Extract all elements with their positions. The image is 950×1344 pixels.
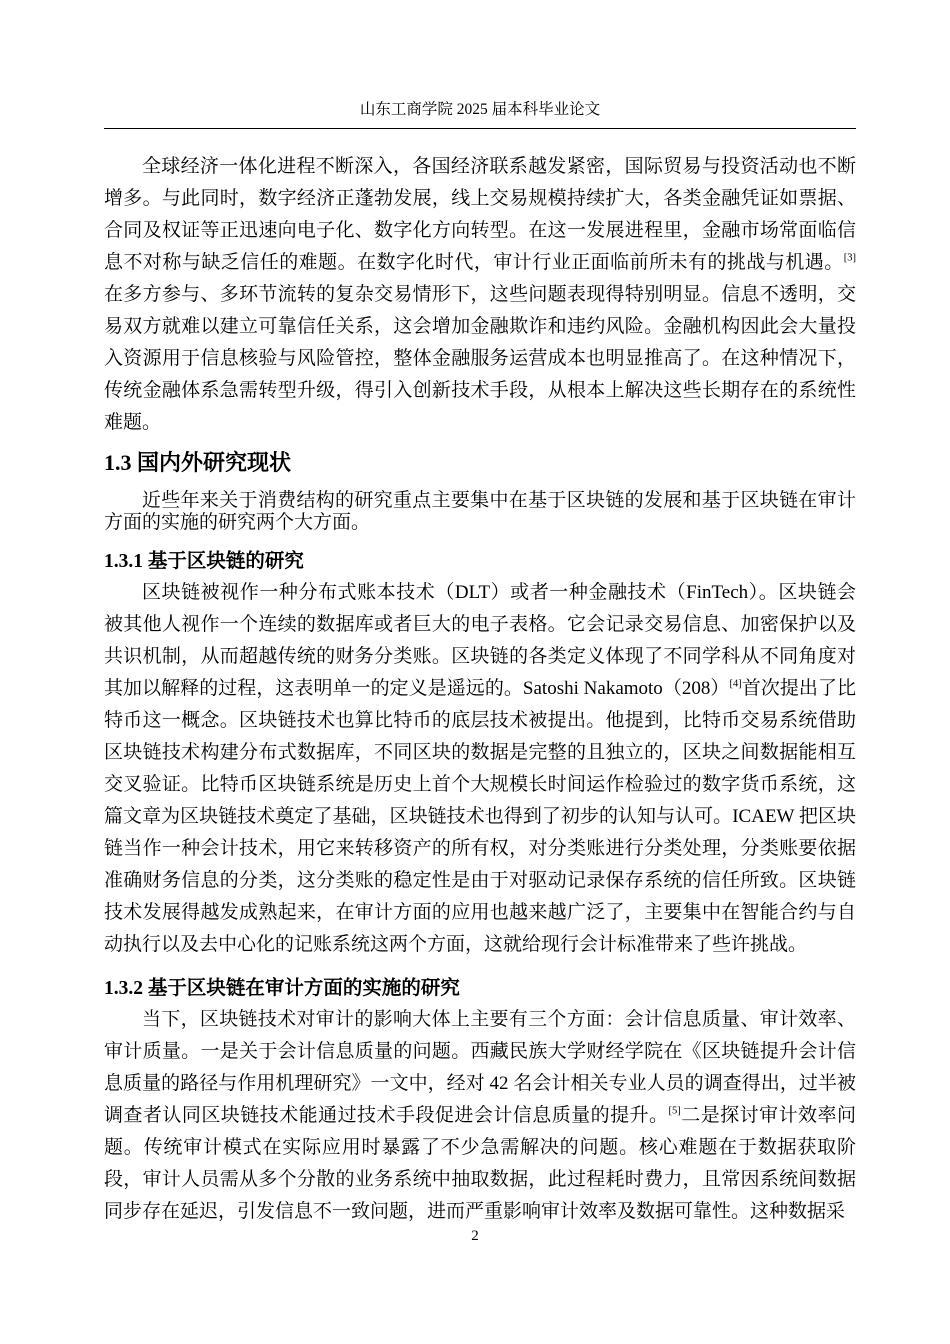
citation-ref-3: [3] <box>844 253 856 264</box>
subsection-1-3-2-paragraph: 当下，区块链技术对审计的影响大体上主要有三个方面：会计信息质量、审计效率、审计质… <box>104 1004 856 1228</box>
subsection-1-3-1-paragraph: 区块链被视作一种分布式账本技术（DLT）或者一种金融技术（FinTech）。区块… <box>104 577 856 961</box>
section-1-3-lead-paragraph: 近些年来关于消费结构的研究重点主要集中在基于区块链的发展和基于区块链在审计方面的… <box>104 490 856 534</box>
page-header: 山东工商学院 2025 届本科毕业论文 <box>104 99 856 129</box>
running-head: 山东工商学院 2025 届本科毕业论文 <box>360 101 600 118</box>
thesis-page: 山东工商学院 2025 届本科毕业论文 全球经济一体化进程不断深入，各国经济联系… <box>0 0 950 1344</box>
citation-ref-4: [4] <box>729 679 741 690</box>
intro-paragraph-text-cont: 在多方参与、多环节流转的复杂交易情形下，这些问题表现得特别明显。信息不透明，交易… <box>104 284 856 433</box>
intro-paragraph-text: 全球经济一体化进程不断深入，各国经济联系越发紧密，国际贸易与投资活动也不断增多。… <box>104 156 856 273</box>
subsection-1-3-1-text-cont: 首次提出了比特币这一概念。区块链技术也算比特币的底层技术被提出。他提到，比特币交… <box>104 678 856 955</box>
intro-paragraph: 全球经济一体化进程不断深入，各国经济联系越发紧密，国际贸易与投资活动也不断增多。… <box>104 151 856 439</box>
subsection-1-3-2-heading: 1.3.2 基于区块链在审计方面的实施的研究 <box>104 975 856 1002</box>
citation-ref-5: [5] <box>669 1106 681 1117</box>
page-number: 2 <box>471 1228 479 1244</box>
section-1-3-heading: 1.3 国内外研究现状 <box>104 448 856 478</box>
page-footer: 2 <box>0 1226 950 1246</box>
page-body: 全球经济一体化进程不断深入，各国经济联系越发紧密，国际贸易与投资活动也不断增多。… <box>104 151 856 1228</box>
subsection-1-3-1-heading: 1.3.1 基于区块链的研究 <box>104 548 856 575</box>
